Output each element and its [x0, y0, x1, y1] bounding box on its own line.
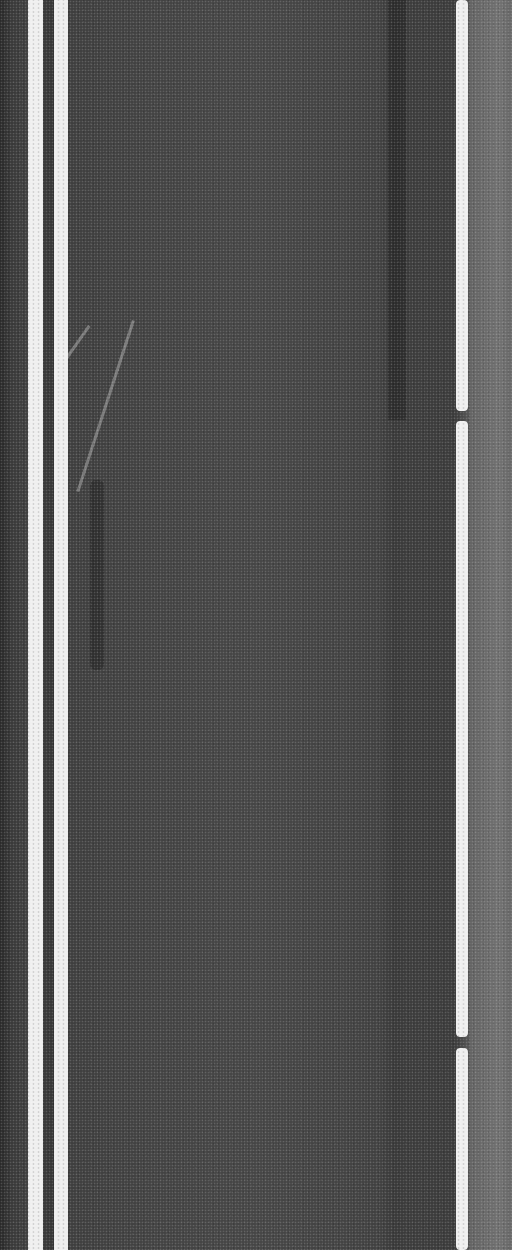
- road-scene: [0, 0, 512, 1250]
- asphalt-texture: [0, 0, 512, 1250]
